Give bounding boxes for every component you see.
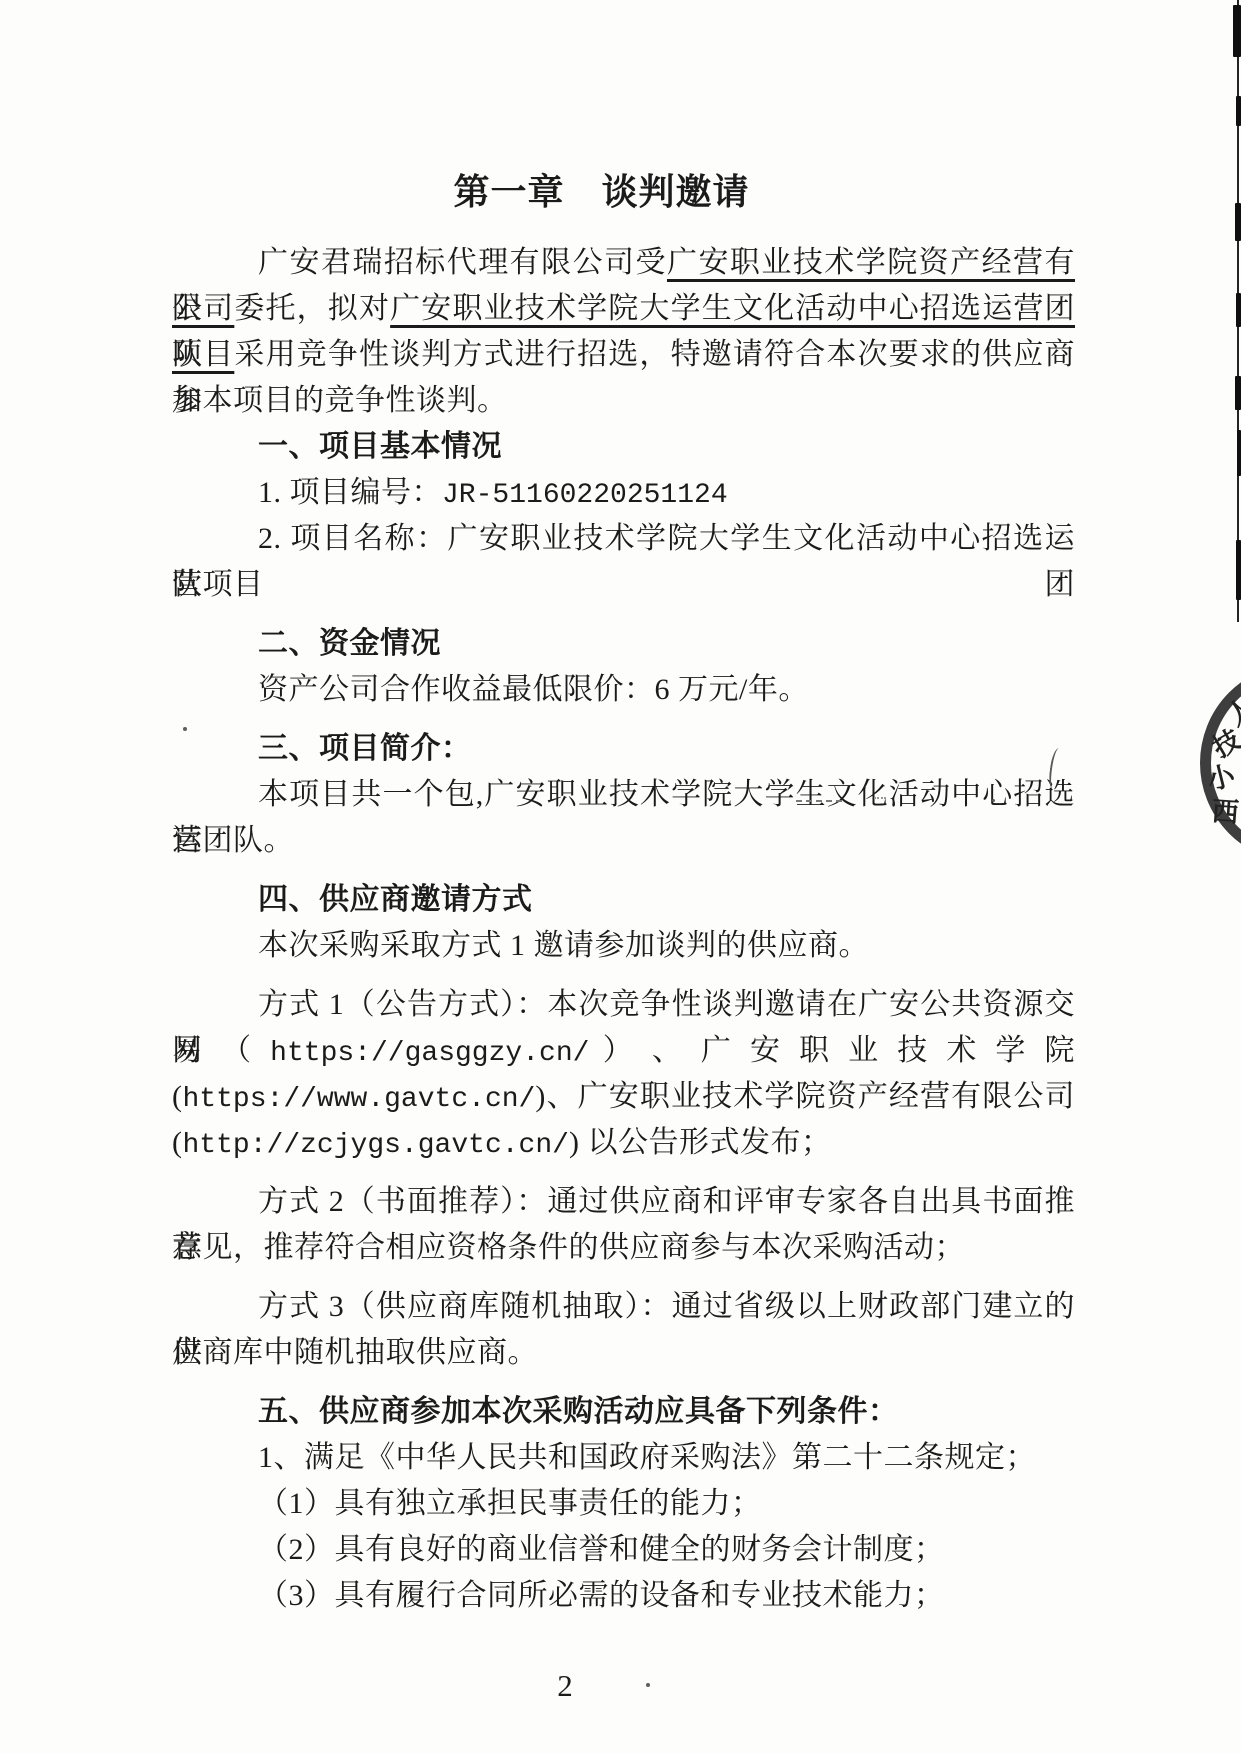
text-run: ) 以公告形式发布； bbox=[569, 1126, 832, 1159]
text-run: 二、资金情况 bbox=[258, 627, 441, 660]
text-run: 五、供应商参加本次采购活动应具备下列条件： bbox=[258, 1395, 899, 1428]
page-number: 2 bbox=[520, 1668, 610, 1704]
doc-line: （3）具有履行合同所必需的设备和专业技术能力； bbox=[172, 1573, 1075, 1619]
text-run: ( bbox=[172, 1126, 183, 1159]
text-run: （1）具有独立承担民事责任的能力； bbox=[258, 1487, 762, 1520]
text-run: 广安君瑞招标代理有限公司受 bbox=[258, 246, 667, 279]
url-text: https://www.gavtc.cn/ bbox=[183, 1084, 536, 1115]
doc-line: 资产公司合作收益最低限价：6 万元/年。 bbox=[172, 667, 1075, 713]
text-run: 四、供应商邀请方式 bbox=[258, 883, 533, 916]
doc-line: 方式 3（供应商库随机抽取）：通过省级以上财政部门建立的供 bbox=[172, 1284, 1075, 1330]
underlined-text: 项目 bbox=[172, 338, 234, 371]
text-run: ( bbox=[172, 1080, 183, 1113]
doc-line: 意见，推荐符合相应资格条件的供应商参与本次采购活动； bbox=[172, 1225, 1075, 1271]
text-run: （3）具有履行合同所必需的设备和专业技术能力； bbox=[258, 1579, 945, 1612]
doc-line: 广安君瑞招标代理有限公司受广安职业技术学院资产经营有限 bbox=[172, 240, 1075, 286]
text-run: 1. 项目编号： bbox=[258, 476, 442, 509]
chapter-title: 第一章 谈判邀请 bbox=[150, 166, 1053, 218]
toner-speck bbox=[183, 727, 187, 731]
text-run: 队项目 bbox=[172, 568, 264, 601]
doc-line: (https://www.gavtc.cn/)、广安职业技术学院资产经营有限公司 bbox=[172, 1074, 1075, 1120]
text-run: 加本项目的竞争性谈判。 bbox=[172, 384, 508, 417]
text-run: 1、满足《中华人民共和国政府采购法》第二十二条规定； bbox=[258, 1441, 1036, 1474]
doc-line: 项目采用竞争性谈判方式进行招选，特邀请符合本次要求的供应商参 bbox=[172, 332, 1075, 378]
underline-remnant bbox=[874, 797, 886, 799]
scan-blob bbox=[1233, 5, 1241, 57]
doc-line: 方式 2（书面推荐）：通过供应商和评审专家各自出具书面推荐 bbox=[172, 1179, 1075, 1225]
section-heading: 三、项目简介： bbox=[172, 726, 1075, 772]
text-run: ） 、 广 安 职 业 技 术 学 院 bbox=[589, 1034, 1075, 1067]
doc-lines: 广安君瑞招标代理有限公司受广安职业技术学院资产经营有限公司委托，拟对广安职业技术… bbox=[172, 240, 1075, 1619]
url-text: https://gasggzy.cn/ bbox=[270, 1038, 589, 1069]
doc-line: 2. 项目名称：广安职业技术学院大学生文化活动中心招选运营团 bbox=[172, 516, 1075, 562]
scan-blob bbox=[1237, 430, 1241, 476]
section-heading: 四、供应商邀请方式 bbox=[172, 877, 1075, 923]
doc-line: 本项目共一个包,广安职业技术学院大学生文化活动中心招选运 bbox=[172, 772, 1075, 818]
scan-blob bbox=[1236, 540, 1241, 600]
text-run: 营团队。 bbox=[172, 824, 294, 857]
underlined-text: 公司 bbox=[172, 292, 234, 325]
text-run: 资产公司合作收益最低限价：6 万元/年。 bbox=[258, 673, 809, 706]
doc-line: (http://zcjygs.gavtc.cn/) 以公告形式发布； bbox=[172, 1120, 1075, 1166]
text-run: 意见，推荐符合相应资格条件的供应商参与本次采购活动； bbox=[172, 1231, 965, 1264]
doc-line: 方式 1（公告方式）：本次竞争性谈判邀请在广安公共资源交易 bbox=[172, 982, 1075, 1028]
text-run: （2）具有良好的商业信誉和健全的财务会计制度； bbox=[258, 1533, 945, 1566]
scan-blob bbox=[1236, 293, 1241, 327]
scanned-document-page: 第一章 谈判邀请 广安君瑞招标代理有限公司受广安职业技术学院资产经营有限公司委托… bbox=[0, 0, 1241, 1753]
toner-speck bbox=[992, 799, 995, 802]
text-run: 2. 项目名称：广安职业技术学院大学生文化活动中心招选运营团 bbox=[172, 522, 1075, 601]
doc-line: 本次采购采取方式 1 邀请参加谈判的供应商。 bbox=[172, 923, 1075, 969]
doc-line: 加本项目的竞争性谈判。 bbox=[172, 378, 1075, 424]
text-run: 三、项目简介： bbox=[258, 732, 472, 765]
doc-line: （1）具有独立承担民事责任的能力； bbox=[172, 1481, 1075, 1527]
doc-line: 营团队。 bbox=[172, 818, 1075, 864]
section-heading: 五、供应商参加本次采购活动应具备下列条件： bbox=[172, 1389, 1075, 1435]
scan-blob bbox=[1235, 376, 1241, 410]
section-heading: 一、项目基本情况 bbox=[172, 424, 1075, 470]
document-body: 第一章 谈判邀请 广安君瑞招标代理有限公司受广安职业技术学院资产经营有限公司委托… bbox=[172, 166, 1075, 1619]
doc-line: 公司委托，拟对广安职业技术学院大学生文化活动中心招选运营团队 bbox=[172, 286, 1075, 332]
doc-line: （2）具有良好的商业信誉和健全的财务会计制度； bbox=[172, 1527, 1075, 1573]
text-run: 委托，拟对 bbox=[234, 292, 390, 325]
text-run: 网 （ bbox=[172, 1034, 270, 1067]
doc-line: 网 （ https://gasggzy.cn/ ） 、 广 安 职 业 技 术 … bbox=[172, 1028, 1075, 1074]
scan-blob bbox=[1236, 96, 1241, 126]
url-text: http://zcjygs.gavtc.cn/ bbox=[183, 1130, 569, 1161]
seal-glyph: 西 bbox=[1211, 789, 1241, 830]
doc-line: 1. 项目编号：JR-51160220251124 bbox=[172, 470, 1075, 516]
text-run: 应商库中随机抽取供应商。 bbox=[172, 1336, 538, 1369]
underline-remnant bbox=[796, 800, 842, 802]
text-run: 一、项目基本情况 bbox=[258, 430, 502, 463]
toner-speck bbox=[646, 1683, 650, 1687]
text-run: )、广安职业技术学院资产经营有限公司 bbox=[535, 1080, 1075, 1113]
doc-line: 1、满足《中华人民共和国政府采购法》第二十二条规定； bbox=[172, 1435, 1075, 1481]
section-heading: 二、资金情况 bbox=[172, 621, 1075, 667]
scan-blob bbox=[1235, 203, 1241, 241]
doc-line: 应商库中随机抽取供应商。 bbox=[172, 1330, 1075, 1376]
text-run: 本次采购采取方式 1 邀请参加谈判的供应商。 bbox=[258, 929, 869, 962]
url-text: JR-51160220251124 bbox=[442, 480, 728, 511]
